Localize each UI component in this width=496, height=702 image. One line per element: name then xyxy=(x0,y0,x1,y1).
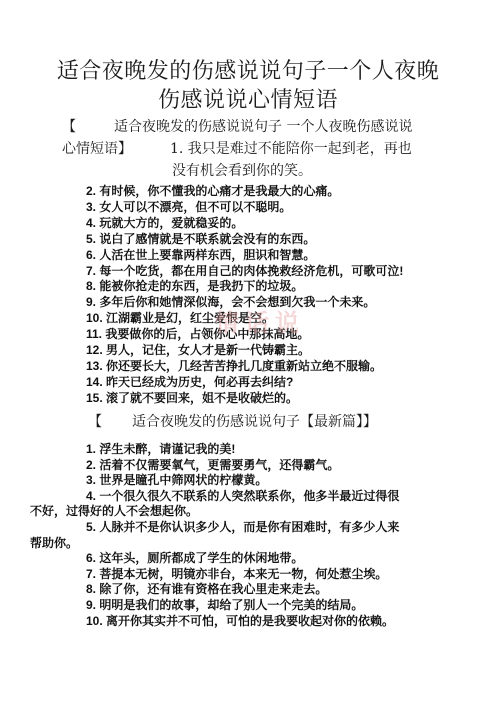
bracket-open: 【 xyxy=(62,119,76,135)
list-item: 4. 玩就大方的，爱就稳妥的。 xyxy=(86,216,403,232)
list-item: 5. 人脉并不是你认识多少人，而是你有困难时，有多少人来帮助你。 xyxy=(30,520,410,551)
list-item: 7. 菩提本无树，明镜亦非台，本来无一物，何处惹尘埃。 xyxy=(30,567,410,583)
list-item: 8. 能被你抢走的东西，是我扔下的垃圾。 xyxy=(86,279,403,295)
quote-list-1: 2. 有时候，你不懂我的心痛才是我最大的心痛。 3. 女人可以不漂亮，但不可以不… xyxy=(86,184,403,407)
list-item: 3. 女人可以不漂亮，但不可以不聪明。 xyxy=(86,200,403,216)
document-title-line-1: 适合夜晚发的伤感说说句子一个人夜晚 xyxy=(0,58,496,86)
intro-heading-text: 适合夜晚发的伤感说说句子 一个人夜晚伤感说说 xyxy=(114,119,412,135)
list-item: 3. 世界是瞳孔中筛网状的柠檬黄。 xyxy=(30,473,410,489)
list-item: 7. 每一个吃货，都在用自己的肉体挽救经济危机，可歌可泣! xyxy=(86,264,403,280)
list-item: 9. 多年后你和她情深似海，会不会想到欠我一个未来。 xyxy=(86,295,403,311)
list-item: 6. 人活在世上要靠两样东西，胆识和智慧。 xyxy=(86,248,403,264)
list-item: 13. 你还要长大，几经苦苦挣扎几度重新站立绝不服输。 xyxy=(86,359,403,375)
list-item: 9. 明明是我们的故事，却给了别人一个完美的结局。 xyxy=(30,598,410,614)
list-item: 14. 昨天已经成为历史，何必再去纠结? xyxy=(86,375,403,391)
bracket-open: 【 xyxy=(88,414,102,430)
list-item: 1. 浮生未醉，请谨记我的美! xyxy=(30,442,410,458)
section-heading-text: 适合夜晚发的伤感说说句子【最新篇】】 xyxy=(132,414,377,430)
document-title-line-2: 伤感说说心情短语 xyxy=(0,87,496,115)
list-item: 8. 除了你，还有谁有资格在我心里走来走去。 xyxy=(30,582,410,598)
list-item: 15. 滚了就不要回来，姐不是收破烂的。 xyxy=(86,391,403,407)
list-item: 2. 活着不仅需要氧气，更需要勇气，还得霸气。 xyxy=(30,458,410,474)
section-heading-latest: 【适合夜晚发的伤感说说句子【最新篇】】 xyxy=(88,412,377,432)
list-item: 4. 一个很久很久不联系的人突然联系你，他多半最近过得很不好，过得好的人不会想起… xyxy=(30,489,410,520)
list-item: 2. 有时候，你不懂我的心痛才是我最大的心痛。 xyxy=(86,184,403,200)
list-item: 11. 我要做你的后，占领你心中那抹高地。 xyxy=(86,327,403,343)
intro-heading-line-2: 心情短语】1. 我只是难过不能陪你一起到老，再也 xyxy=(62,138,412,160)
first-item-text: 1. 我只是难过不能陪你一起到老，再也 xyxy=(170,141,412,157)
list-item: 10. 离开你其实并不可怕，可怕的是我要收起对你的依赖。 xyxy=(30,614,410,630)
list-item: 6. 这年头，厕所都成了学生的休闲地带。 xyxy=(30,551,410,567)
list-item: 5. 说白了感情就是不联系就会没有的东西。 xyxy=(86,232,403,248)
list-item: 12. 男人，记住，女人才是新一代铸霸主。 xyxy=(86,343,403,359)
first-item-text-cont: 没有机会看到你的笑。 xyxy=(172,160,312,182)
intro-heading-line-1: 【适合夜晚发的伤感说说句子 一个人夜晚伤感说说 xyxy=(62,116,412,138)
intro-heading-text-cont: 心情短语】 xyxy=(62,141,132,157)
quote-list-2: 1. 浮生未醉，请谨记我的美! 2. 活着不仅需要氧气，更需要勇气，还得霸气。 … xyxy=(30,442,410,629)
list-item: 10. 江湖霸业是幻，红尘爱恨是空。 xyxy=(86,311,403,327)
